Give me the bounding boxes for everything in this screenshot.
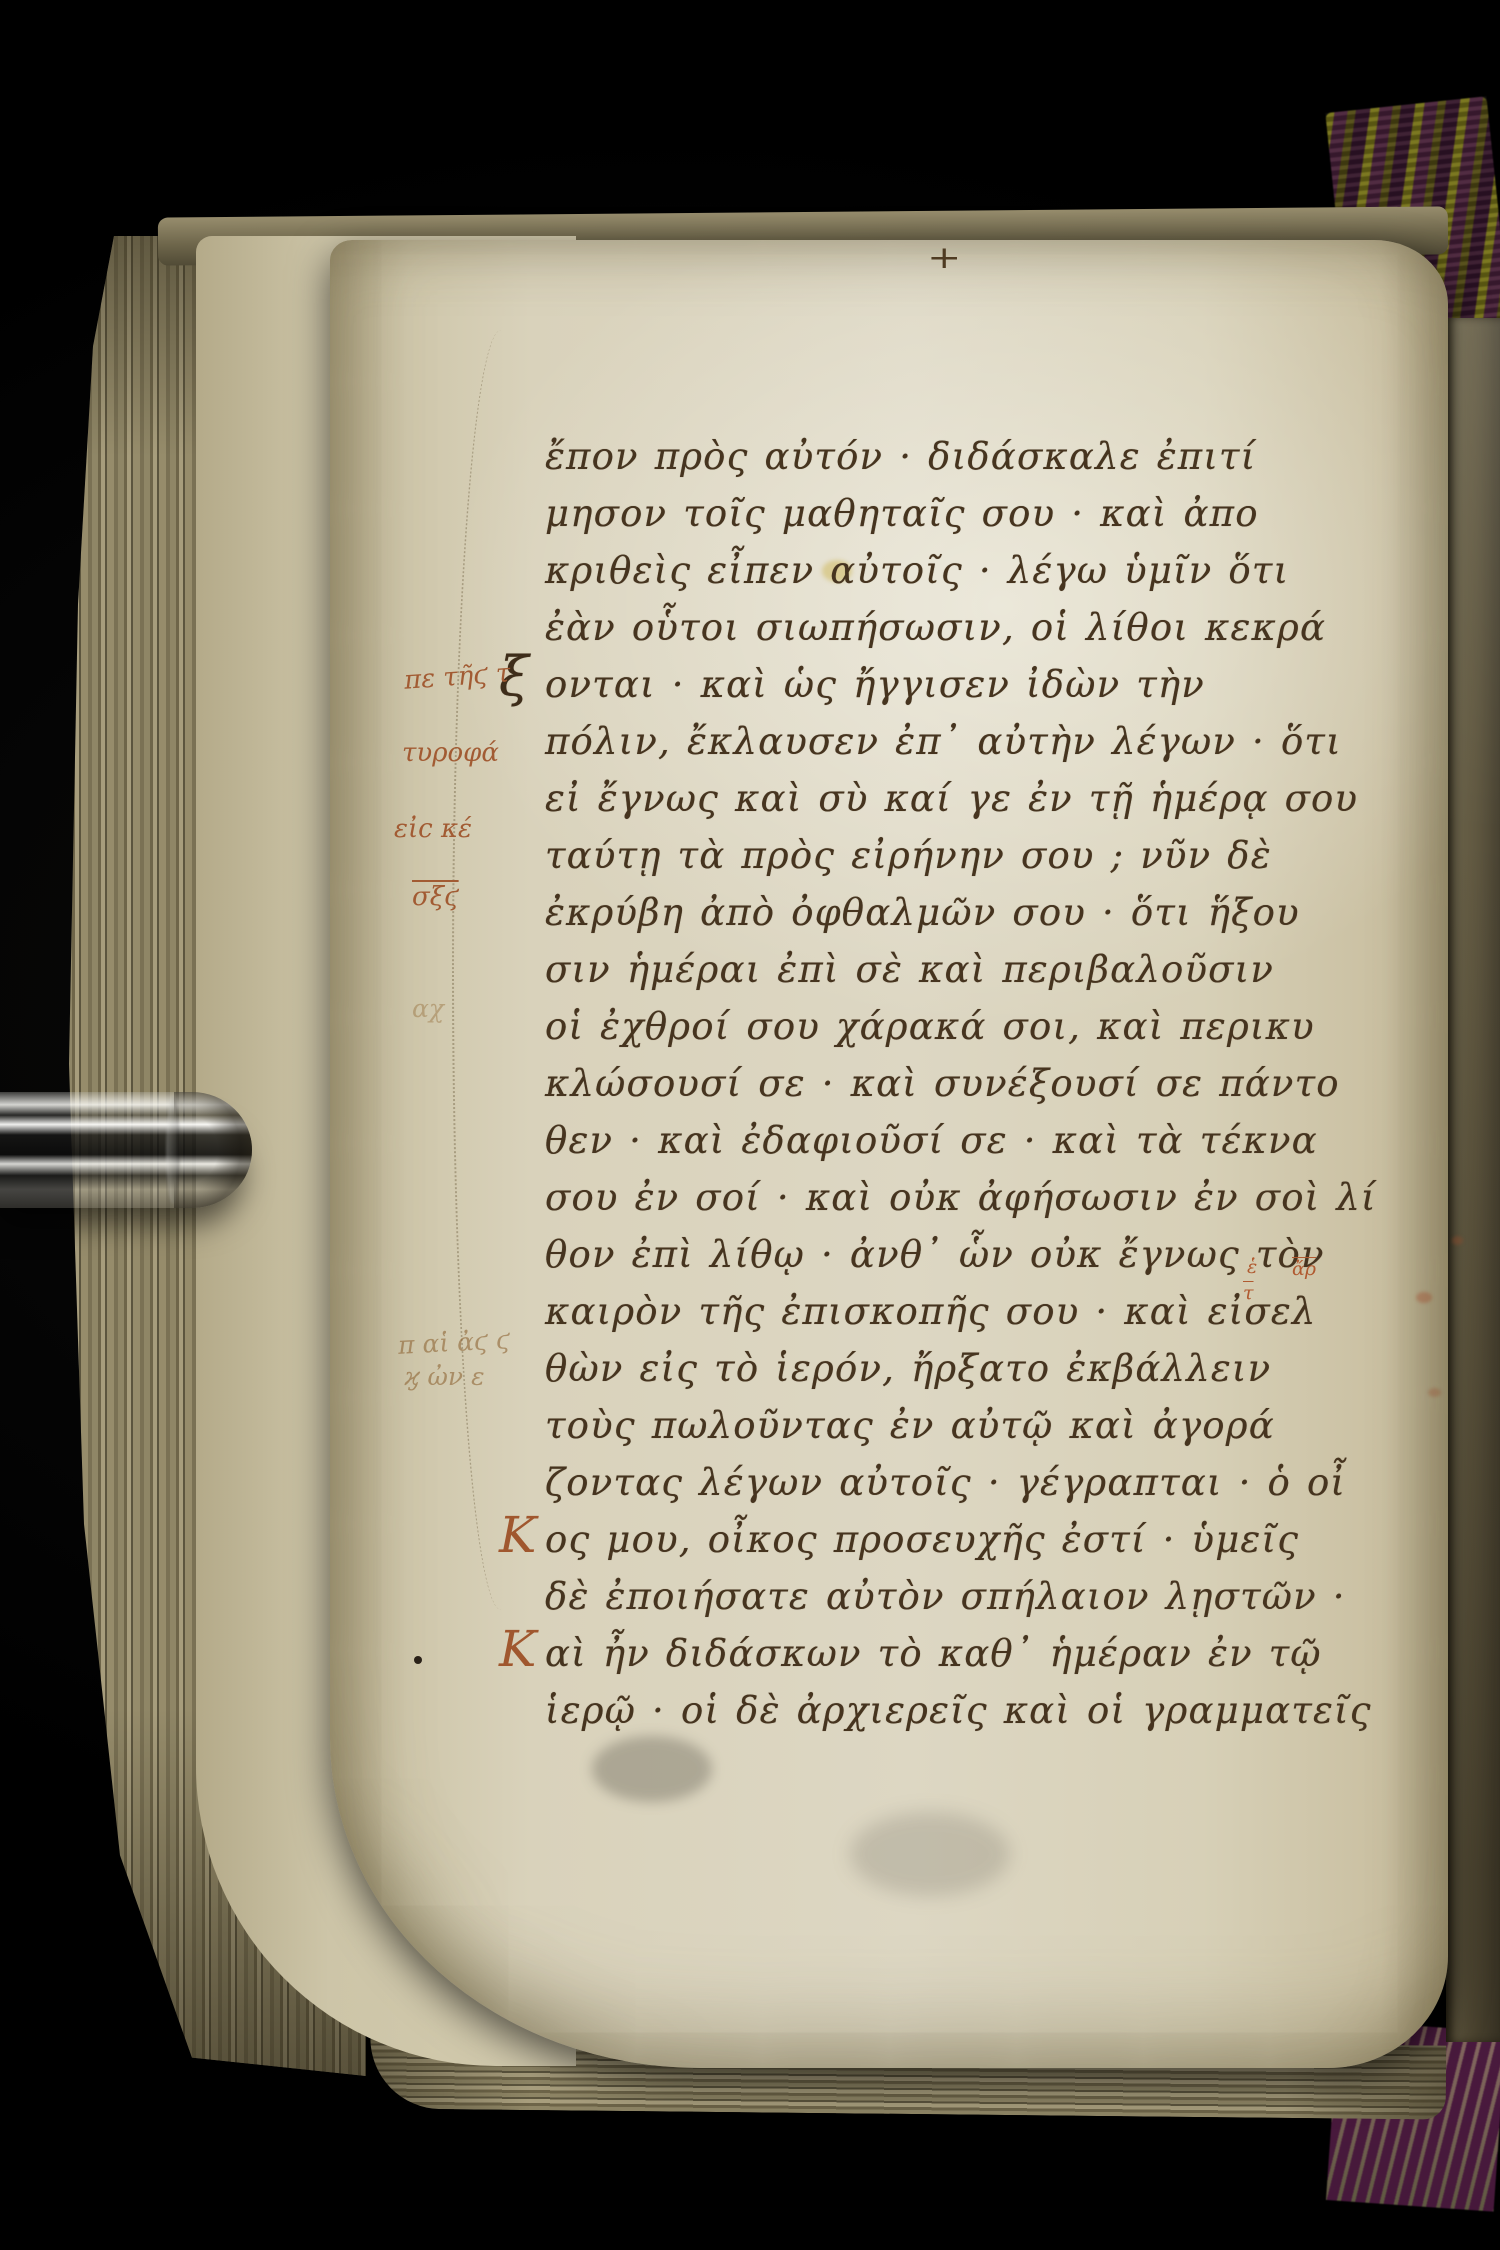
text-line: δὲ ἐποιήσατε αὐτὸν σπήλαιον λῃστῶν · xyxy=(545,1568,1460,1625)
headpiece-cross: + xyxy=(927,240,961,276)
lection-telos-mark: τ xyxy=(1243,1284,1254,1303)
text-line: ἱερῷ · οἱ δὲ ἀρχιερεῖς καὶ οἱ γραμματεῖς xyxy=(545,1682,1460,1739)
section-number-note: σξϛ xyxy=(412,884,459,910)
text-line: εἰ ἔγνως καὶ σὺ καί γε ἐν τῇ ἡμέρᾳ σου xyxy=(545,770,1460,827)
line-text: ἔπον πρὸς αὐτόν · διδάσκαλε ἐπιτί xyxy=(545,435,1256,478)
line-text: μησον τοῖς μαθηταῖς σου · καὶ ἀπο xyxy=(545,492,1259,535)
text-line: ζοντας λέγων αὐτοῖς · γέγραπται · ὁ οἶ xyxy=(545,1454,1460,1511)
line-text: πόλιν, ἔκλαυσεν ἐπ᾽ αὐτὴν λέγων · ὅτι xyxy=(545,720,1342,763)
line-initial: Κ xyxy=(499,1621,538,1678)
lection-arche-mark: ἄρ xyxy=(1292,1260,1316,1279)
text-line: ταύτῃ τὰ πρὸς εἰρήνην σου ; νῦν δὲ xyxy=(545,827,1460,884)
text-line: θεν · καὶ ἐδαφιοῦσί σε · καὶ τὰ τέκνα xyxy=(545,1112,1460,1169)
text-line: σιν ἡμέραι ἐπὶ σὲ καὶ περιβαλοῦσιν xyxy=(545,941,1460,998)
text-line: πόλιν, ἔκλαυσεν ἐπ᾽ αὐτὴν λέγων · ὅτι xyxy=(545,713,1460,770)
text-line: ἔπον πρὸς αὐτόν · διδάσκαλε ἐπιτί xyxy=(545,428,1460,485)
line-text: ἐκρύβη ἀπὸ ὀφθαλμῶν σου · ὅτι ἥξου xyxy=(545,891,1300,934)
line-text: αὶ ἦν διδάσκων τὸ καθ᾽ ἡμέραν ἐν τῷ xyxy=(545,1632,1322,1675)
line-text: ονται · καὶ ὡς ἤγγισεν ἰδὼν τὴν xyxy=(545,663,1205,706)
line-text: ζοντας λέγων αὐτοῖς · γέγραπται · ὁ οἶ xyxy=(545,1461,1346,1504)
faded-margin-note: π αἱ ἀϛ ϛ xyxy=(397,1325,510,1360)
text-line: ἐκρύβη ἀπὸ ὀφθαλμῶν σου · ὅτι ἥξου xyxy=(545,884,1460,941)
line-text: κλώσουσί σε · καὶ συνέξουσί σε πάντο xyxy=(545,1062,1340,1105)
lection-telos-mark: ἑ xyxy=(1247,1258,1257,1277)
line-text: εἰ ἔγνως καὶ σὺ καί γε ἐν τῇ ἡμέρᾳ σου xyxy=(545,777,1358,820)
text-line: οἱ ἐχθροί σου χάρακά σοι, καὶ περικυ xyxy=(545,998,1460,1055)
line-text: θὼν εἰς τὸ ἱερόν, ἤρξατο ἐκβάλλειν xyxy=(545,1347,1271,1390)
line-text: ος μου, οἶκος προσευχῆς ἐστί · ὑμεῖς xyxy=(545,1518,1299,1561)
text-line: θὼν εἰς τὸ ἱερόν, ἤρξατο ἐκβάλλειν xyxy=(545,1340,1460,1397)
glass-book-weight-rod[interactable] xyxy=(0,1092,252,1208)
text-block: ἔπον πρὸς αὐτόν · διδάσκαλε ἐπιτίμησον τ… xyxy=(545,428,1460,1739)
line-initial: Κ xyxy=(499,1507,538,1564)
text-line: σου ἐν σοί · καὶ οὐκ ἀφήσωσιν ἐν σοὶ λί xyxy=(545,1169,1460,1226)
lection-rubric-note: πε τῆϛ τ xyxy=(403,660,511,693)
line-text: οἱ ἐχθροί σου χάρακά σοι, καὶ περικυ xyxy=(545,1005,1315,1048)
text-line: Καὶ ἦν διδάσκων τὸ καθ᾽ ἡμέραν ἐν τῷ xyxy=(545,1625,1460,1682)
line-text: θον ἐπὶ λίθῳ · ἀνθ᾽ ὧν οὐκ ἔγνως τὸν xyxy=(545,1233,1325,1276)
line-text: τοὺς πωλοῦντας ἐν αὐτῷ καὶ ἀγορά xyxy=(545,1404,1275,1447)
line-text: δὲ ἐποιήσατε αὐτὸν σπήλαιον λῃστῶν · xyxy=(545,1575,1346,1618)
line-text: καιρὸν τῆς ἐπισκοπῆς σου · καὶ εἰσελ xyxy=(545,1290,1317,1333)
line-text: σου ἐν σοί · καὶ οὐκ ἀφήσωσιν ἐν σοὶ λί xyxy=(545,1176,1377,1219)
text-line: ἐὰν οὗτοι σιωπήσωσιν, οἱ λίθοι κεκρά xyxy=(545,599,1460,656)
line-text: ταύτῃ τὰ πρὸς εἰρήνην σου ; νῦν δὲ xyxy=(545,834,1272,877)
text-line: θον ἐπὶ λίθῳ · ἀνθ᾽ ὧν οὐκ ἔγνως τὸν xyxy=(545,1226,1460,1283)
page-crease-prickings xyxy=(452,330,550,1610)
text-line: μησον τοῖς μαθηταῖς σου · καὶ ἀπο xyxy=(545,485,1460,542)
text-line: ξονται · καὶ ὡς ἤγγισεν ἰδὼν τὴν xyxy=(545,656,1460,713)
text-line: Κος μου, οἶκος προσευχῆς ἐστί · ὑμεῖς xyxy=(545,1511,1460,1568)
parchment-smudge xyxy=(592,1736,712,1802)
manuscript-photo-stage: + ἔπον πρὸς αὐτόν · διδάσκαλε ἐπιτίμησον… xyxy=(0,0,1500,2250)
text-line: καιρὸν τῆς ἐπισκοπῆς σου · καὶ εἰσελ xyxy=(545,1283,1460,1340)
faded-margin-note: ϗ ὠν ε xyxy=(404,1362,484,1391)
faint-margin-mark: αχ xyxy=(412,994,444,1023)
line-text: κριθεὶς εἶπεν αὐτοῖς · λέγω ὑμῖν ὅτι xyxy=(545,549,1289,592)
line-text: θεν · καὶ ἐδαφιοῦσί σε · καὶ τὰ τέκνα xyxy=(545,1119,1318,1162)
line-text: ἐὰν οὗτοι σιωπήσωσιν, οἱ λίθοι κεκρά xyxy=(545,606,1326,649)
lection-rubric-note: τυροφά xyxy=(402,740,499,766)
lection-rubric-note: εἰϲ κέ xyxy=(394,816,472,842)
text-line: κριθεὶς εἶπεν αὐτοῖς · λέγω ὑμῖν ὅτι xyxy=(545,542,1460,599)
ink-speck xyxy=(414,1656,422,1664)
text-line: κλώσουσί σε · καὶ συνέξουσί σε πάντο xyxy=(545,1055,1460,1112)
parchment-smudge xyxy=(850,1812,1010,1896)
line-text: σιν ἡμέραι ἐπὶ σὲ καὶ περιβαλοῦσιν xyxy=(545,948,1274,991)
text-line: τοὺς πωλοῦντας ἐν αὐτῷ καὶ ἀγορά xyxy=(545,1397,1460,1454)
line-text: ἱερῷ · οἱ δὲ ἀρχιερεῖς καὶ οἱ γραμματεῖς xyxy=(545,1689,1372,1732)
